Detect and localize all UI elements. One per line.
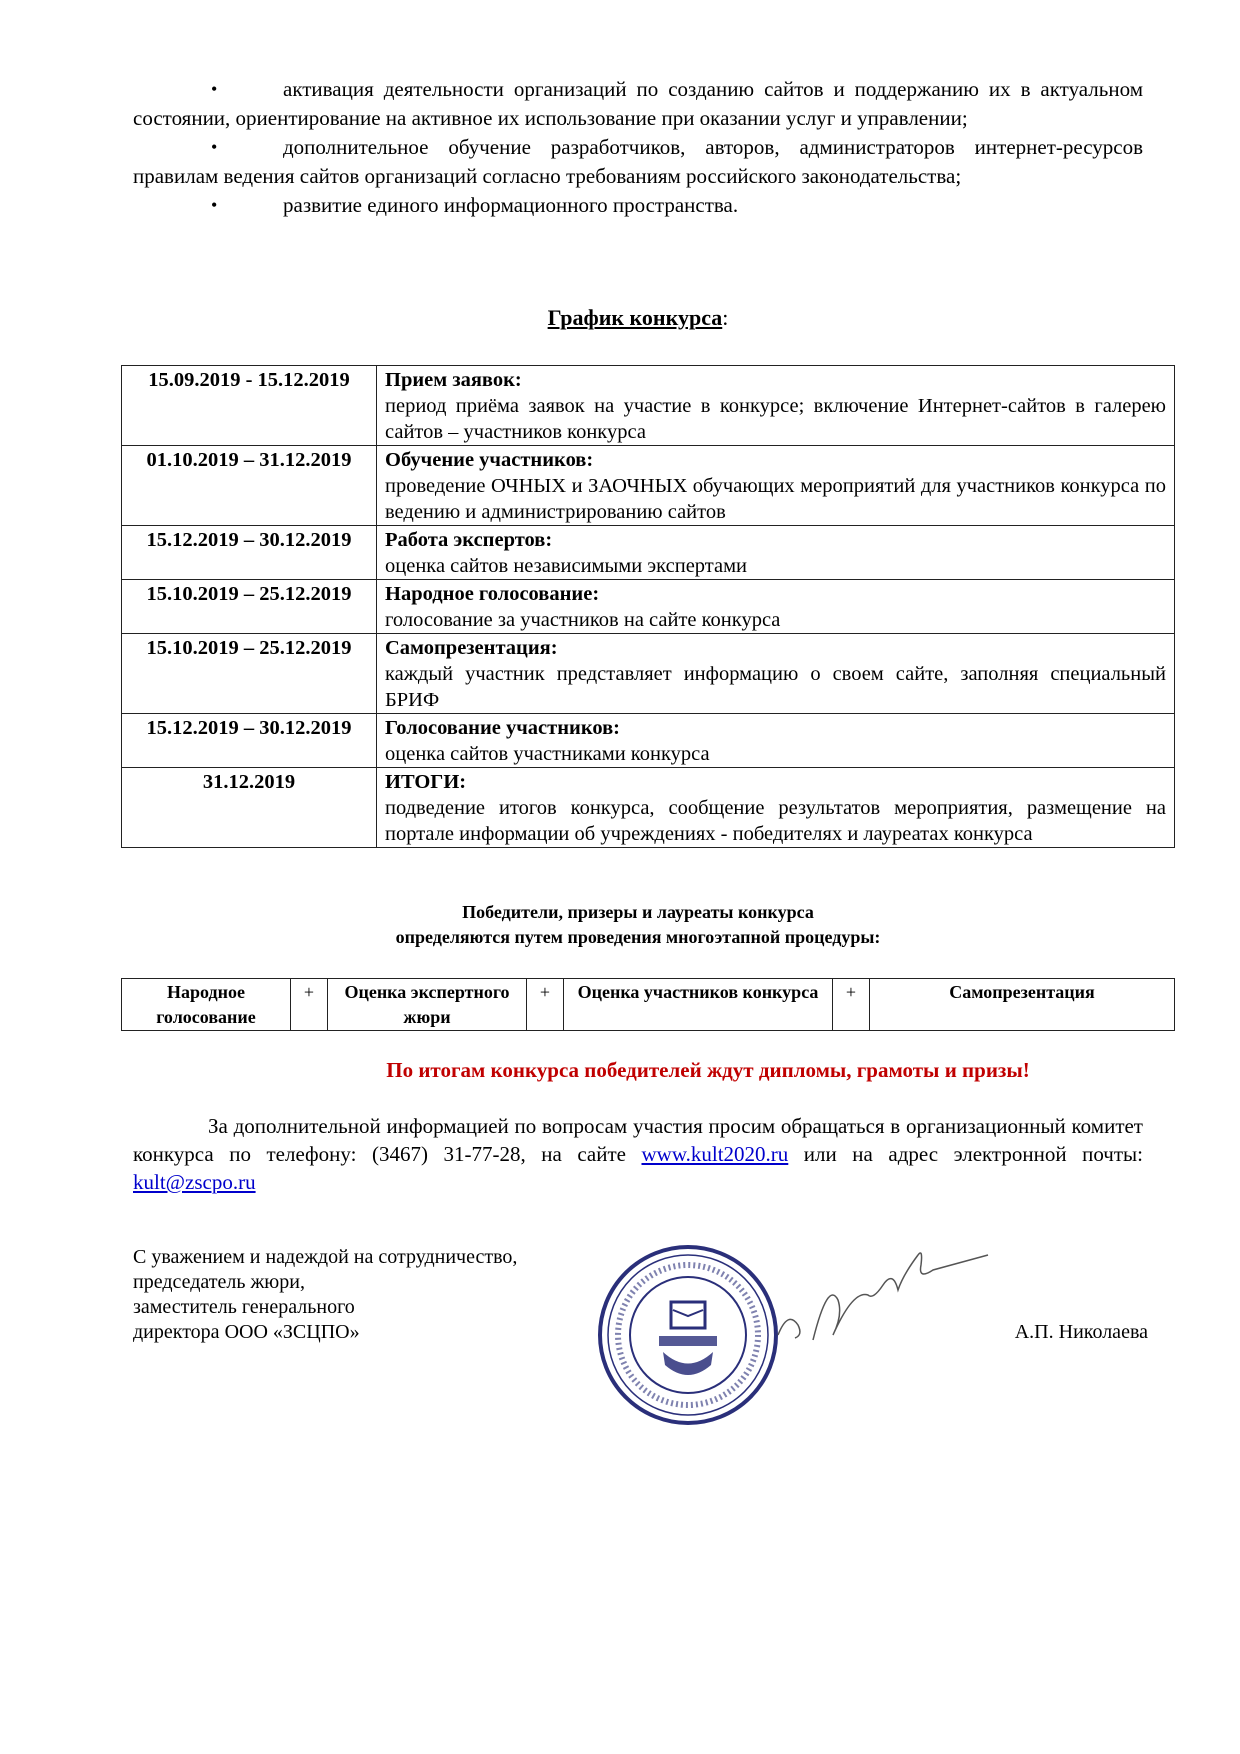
signer-name: А.П. Николаева xyxy=(1015,1321,1148,1344)
step-cell: Оценка экспертного жюри xyxy=(328,979,527,1031)
stage-description: Обучение участников:проведение ОЧНЫХ и З… xyxy=(377,446,1175,526)
winners-heading: Победители, призеры и лауреаты конкурса … xyxy=(133,900,1143,950)
plus-sign: + xyxy=(833,979,870,1031)
table-row: 01.10.2019 – 31.12.2019Обучение участник… xyxy=(122,446,1175,526)
stage-date: 31.12.2019 xyxy=(122,768,377,848)
stage-title: ИТОГИ: xyxy=(385,769,1166,795)
handwritten-signature-icon xyxy=(773,1240,993,1350)
stage-text: каждый участник представляет информацию … xyxy=(385,661,1166,713)
stage-description: Самопрезентация:каждый участник представ… xyxy=(377,634,1175,714)
stage-title: Прием заявок: xyxy=(385,367,1166,393)
stage-date: 15.12.2019 – 30.12.2019 xyxy=(122,526,377,580)
stage-text: проведение ОЧНЫХ и ЗАОЧНЫХ обучающих мер… xyxy=(385,473,1166,525)
stage-text: голосование за участников на сайте конку… xyxy=(385,607,1166,633)
bullet-icon: • xyxy=(211,191,217,220)
goals-list: •активация деятельности организаций по с… xyxy=(133,75,1143,220)
list-item: •дополнительное обучение разработчиков, … xyxy=(133,133,1143,191)
stage-title: Самопрезентация: xyxy=(385,635,1166,661)
step-cell: Народное голосование xyxy=(122,979,291,1031)
contact-info: За дополнительной информацией по вопроса… xyxy=(133,1112,1143,1196)
plus-sign: + xyxy=(527,979,564,1031)
stage-description: Прием заявок:период приёма заявок на уча… xyxy=(377,366,1175,446)
table-row: 15.09.2019 - 15.12.2019Прием заявок:пери… xyxy=(122,366,1175,446)
stage-description: Голосование участников:оценка сайтов уча… xyxy=(377,714,1175,768)
stage-description: Народное голосование:голосование за учас… xyxy=(377,580,1175,634)
stage-text: подведение итогов конкурса, сообщение ре… xyxy=(385,795,1166,847)
website-link[interactable]: www.kult2020.ru xyxy=(641,1142,788,1166)
bullet-icon: • xyxy=(211,75,217,104)
stage-text: оценка сайтов независимыми экспертами xyxy=(385,553,1166,579)
table-row: 15.10.2019 – 25.12.2019Самопрезентация:к… xyxy=(122,634,1175,714)
table-row: 15.12.2019 – 30.12.2019Голосование участ… xyxy=(122,714,1175,768)
step-cell: Самопрезентация xyxy=(870,979,1175,1031)
stage-date: 15.12.2019 – 30.12.2019 xyxy=(122,714,377,768)
table-row: 15.10.2019 – 25.12.2019Народное голосова… xyxy=(122,580,1175,634)
stage-description: ИТОГИ:подведение итогов конкурса, сообще… xyxy=(377,768,1175,848)
stamp-seal-icon xyxy=(593,1240,783,1430)
schedule-table: 15.09.2019 - 15.12.2019Прием заявок:пери… xyxy=(121,365,1175,848)
stage-date: 15.10.2019 – 25.12.2019 xyxy=(122,580,377,634)
signature-block: С уважением и надеждой на сотрудничество… xyxy=(133,1245,593,1345)
procedure-table: Народное голосование + Оценка экспертног… xyxy=(121,978,1175,1031)
list-item: •развитие единого информационного простр… xyxy=(133,191,1143,220)
stage-text: оценка сайтов участниками конкурса xyxy=(385,741,1166,767)
stage-title: Обучение участников: xyxy=(385,447,1166,473)
stage-title: Народное голосование: xyxy=(385,581,1166,607)
table-row: 31.12.2019ИТОГИ:подведение итогов конкур… xyxy=(122,768,1175,848)
stage-description: Работа экспертов:оценка сайтов независим… xyxy=(377,526,1175,580)
step-cell: Оценка участников конкурса xyxy=(564,979,833,1031)
schedule-title: График конкурса: xyxy=(133,305,1143,331)
plus-sign: + xyxy=(291,979,328,1031)
bullet-icon: • xyxy=(211,133,217,162)
stage-title: Работа экспертов: xyxy=(385,527,1166,553)
stage-text: период приёма заявок на участие в конкур… xyxy=(385,393,1166,445)
stage-date: 01.10.2019 – 31.12.2019 xyxy=(122,446,377,526)
list-item: •активация деятельности организаций по с… xyxy=(133,75,1143,133)
prize-announcement: По итогам конкурса победителей ждут дипл… xyxy=(133,1058,1143,1083)
table-row: 15.12.2019 – 30.12.2019Работа экспертов:… xyxy=(122,526,1175,580)
stage-date: 15.09.2019 - 15.12.2019 xyxy=(122,366,377,446)
stage-title: Голосование участников: xyxy=(385,715,1166,741)
email-link[interactable]: kult@zscpo.ru xyxy=(133,1170,256,1194)
stage-date: 15.10.2019 – 25.12.2019 xyxy=(122,634,377,714)
